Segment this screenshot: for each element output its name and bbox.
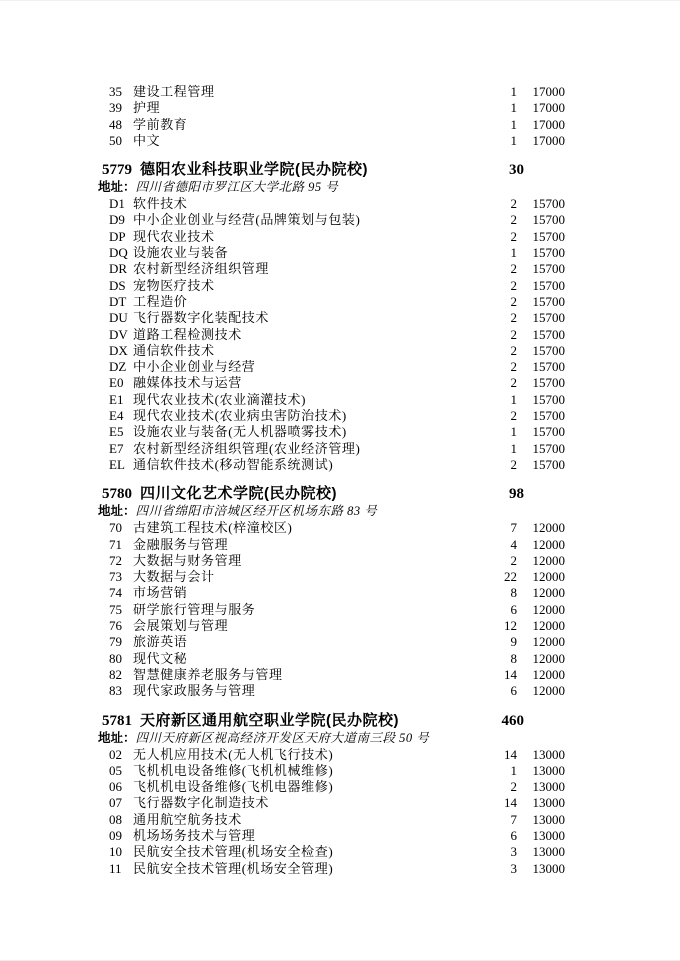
- plan-count: 2: [483, 327, 517, 343]
- plan-count: 1: [483, 245, 517, 261]
- major-code: DU: [109, 310, 133, 326]
- major-name: 软件技术: [133, 196, 483, 212]
- major-row: E5设施农业与装备(无人机器喷雾技术)115700: [109, 424, 565, 440]
- tuition-fee: 15700: [517, 245, 565, 261]
- institution-total: 460: [484, 713, 524, 730]
- tuition-fee: 12000: [517, 569, 565, 585]
- institution-code: 5780: [102, 486, 132, 503]
- tuition-fee: 15700: [517, 327, 565, 343]
- tuition-fee: 15700: [517, 343, 565, 359]
- plan-count: 7: [483, 520, 517, 536]
- institution-code: 5781: [102, 713, 132, 730]
- major-code: 48: [109, 117, 133, 133]
- major-row: 02无人机应用技术(无人机飞行技术)1413000: [109, 747, 565, 763]
- major-code: D1: [109, 196, 133, 212]
- major-code: 11: [109, 861, 133, 877]
- plan-count: 2: [483, 278, 517, 294]
- major-row: 70古建筑工程技术(梓潼校区)712000: [109, 520, 565, 536]
- major-code: 39: [109, 100, 133, 116]
- institution-name: 天府新区通用航空职业学院(民办院校): [140, 712, 484, 729]
- major-row: 35建设工程管理117000: [109, 84, 565, 100]
- major-code: 08: [109, 812, 133, 828]
- plan-count: 6: [483, 828, 517, 844]
- major-name: 旅游英语: [133, 634, 483, 650]
- tuition-fee: 12000: [517, 618, 565, 634]
- major-name: 融媒体技术与运营: [133, 375, 483, 391]
- tuition-fee: 12000: [517, 520, 565, 536]
- major-name: 现代家政服务与管理: [133, 683, 483, 699]
- plan-count: 6: [483, 683, 517, 699]
- major-code: 50: [109, 133, 133, 149]
- plan-count: 1: [483, 763, 517, 779]
- major-code: DZ: [109, 359, 133, 375]
- address-text: 四川天府新区视高经济开发区天府大道南三段 50 号: [136, 731, 430, 745]
- major-code: 71: [109, 537, 133, 553]
- institution-total: 98: [484, 486, 524, 503]
- plan-count: 2: [483, 457, 517, 473]
- institution-section: 5781天府新区通用航空职业学院(民办院校)460地址：四川天府新区视高经济开发…: [109, 712, 565, 877]
- document-page: 35建设工程管理11700039护理11700048学前教育11700050中文…: [0, 0, 680, 961]
- major-name: 中文: [133, 133, 483, 149]
- tuition-fee: 15700: [517, 457, 565, 473]
- major-row: 83现代家政服务与管理612000: [109, 683, 565, 699]
- major-code: DQ: [109, 245, 133, 261]
- major-code: 73: [109, 569, 133, 585]
- tuition-fee: 15700: [517, 212, 565, 228]
- tuition-fee: 17000: [517, 117, 565, 133]
- major-name: 通信软件技术: [133, 343, 483, 359]
- admission-plan-list: 35建设工程管理11700039护理11700048学前教育11700050中文…: [109, 84, 565, 877]
- major-name: 现代农业技术(农业滴灌技术): [133, 392, 483, 408]
- institution-code: 5779: [102, 162, 132, 179]
- major-row: 11民航安全技术管理(机场安全管理)313000: [109, 861, 565, 877]
- tuition-fee: 15700: [517, 375, 565, 391]
- major-name: 现代农业技术: [133, 229, 483, 245]
- tuition-fee: 12000: [517, 585, 565, 601]
- major-name: 飞机机电设备维修(飞机机械维修): [133, 763, 483, 779]
- major-code: DT: [109, 294, 133, 310]
- major-row: E1现代农业技术(农业滴灌技术)115700: [109, 392, 565, 408]
- address-label: 地址：: [98, 731, 136, 745]
- tuition-fee: 17000: [517, 133, 565, 149]
- major-row: 82智慧健康养老服务与管理1412000: [109, 667, 565, 683]
- major-code: 76: [109, 618, 133, 634]
- address-line: 地址：四川天府新区视高经济开发区天府大道南三段 50 号: [98, 730, 565, 747]
- major-name: 设施农业与装备(无人机器喷雾技术): [133, 424, 483, 440]
- major-row: 79旅游英语912000: [109, 634, 565, 650]
- major-name: 民航安全技术管理(机场安全检查): [133, 844, 483, 860]
- tuition-fee: 17000: [517, 84, 565, 100]
- institution-total: 30: [484, 162, 524, 179]
- plan-count: 2: [483, 261, 517, 277]
- plan-count: 3: [483, 861, 517, 877]
- institution-name: 德阳农业科技职业学院(民办院校): [140, 161, 484, 178]
- tuition-fee: 13000: [517, 861, 565, 877]
- plan-count: 2: [483, 343, 517, 359]
- major-row: 06飞机机电设备维修(飞机电器维修)213000: [109, 779, 565, 795]
- major-row: 08通用航空航务技术713000: [109, 812, 565, 828]
- plan-count: 2: [483, 553, 517, 569]
- major-code: DV: [109, 327, 133, 343]
- major-name: 会展策划与管理: [133, 618, 483, 634]
- major-code: E7: [109, 441, 133, 457]
- major-code: DR: [109, 261, 133, 277]
- major-row: DS宠物医疗技术215700: [109, 278, 565, 294]
- major-row: 76会展策划与管理1212000: [109, 618, 565, 634]
- major-name: 中小企业创业与经营(品牌策划与包装): [133, 212, 483, 228]
- major-code: E0: [109, 375, 133, 391]
- major-name: 通用航空航务技术: [133, 812, 483, 828]
- institution-header: 5780四川文化艺术学院(民办院校)98: [102, 485, 565, 503]
- major-row: DT工程造价215700: [109, 294, 565, 310]
- address-label: 地址：: [98, 180, 136, 194]
- major-row: EL通信软件技术(移动智能系统测试)215700: [109, 457, 565, 473]
- major-name: 建设工程管理: [133, 84, 483, 100]
- major-name: 通信软件技术(移动智能系统测试): [133, 457, 483, 473]
- major-row: 80现代文秘812000: [109, 651, 565, 667]
- tuition-fee: 15700: [517, 392, 565, 408]
- institution-name: 四川文化艺术学院(民办院校): [140, 485, 484, 502]
- tuition-fee: 13000: [517, 747, 565, 763]
- plan-count: 2: [483, 229, 517, 245]
- major-code: E1: [109, 392, 133, 408]
- plan-count: 1: [483, 424, 517, 440]
- plan-count: 2: [483, 196, 517, 212]
- major-row: 72大数据与财务管理212000: [109, 553, 565, 569]
- plan-count: 9: [483, 634, 517, 650]
- major-code: 02: [109, 747, 133, 763]
- major-row: D1软件技术215700: [109, 196, 565, 212]
- tuition-fee: 15700: [517, 294, 565, 310]
- major-code: 70: [109, 520, 133, 536]
- tuition-fee: 15700: [517, 359, 565, 375]
- major-name: 古建筑工程技术(梓潼校区): [133, 520, 483, 536]
- major-code: 06: [109, 779, 133, 795]
- major-code: 82: [109, 667, 133, 683]
- major-code: E5: [109, 424, 133, 440]
- tuition-fee: 15700: [517, 310, 565, 326]
- major-code: 10: [109, 844, 133, 860]
- institution-section: 5779德阳农业科技职业学院(民办院校)30地址：四川省德阳市罗江区大学北路 9…: [109, 161, 565, 473]
- address-line: 地址：四川省绵阳市涪城区经开区机场东路 83 号: [98, 503, 565, 520]
- tuition-fee: 15700: [517, 408, 565, 424]
- major-name: 机场场务技术与管理: [133, 828, 483, 844]
- tuition-fee: 15700: [517, 424, 565, 440]
- major-row: 10民航安全技术管理(机场安全检查)313000: [109, 844, 565, 860]
- plan-count: 2: [483, 779, 517, 795]
- tuition-fee: 13000: [517, 812, 565, 828]
- major-code: 80: [109, 651, 133, 667]
- major-row: D9中小企业创业与经营(品牌策划与包装)215700: [109, 212, 565, 228]
- major-row: DQ设施农业与装备115700: [109, 245, 565, 261]
- tuition-fee: 12000: [517, 634, 565, 650]
- major-name: 金融服务与管理: [133, 537, 483, 553]
- plan-count: 2: [483, 359, 517, 375]
- plan-count: 6: [483, 602, 517, 618]
- institution-header: 5779德阳农业科技职业学院(民办院校)30: [102, 161, 565, 179]
- tuition-fee: 13000: [517, 779, 565, 795]
- major-name: 民航安全技术管理(机场安全管理): [133, 861, 483, 877]
- plan-count: 2: [483, 408, 517, 424]
- tuition-fee: 17000: [517, 100, 565, 116]
- tuition-fee: 12000: [517, 667, 565, 683]
- tuition-fee: 12000: [517, 651, 565, 667]
- tuition-fee: 13000: [517, 795, 565, 811]
- tuition-fee: 15700: [517, 229, 565, 245]
- major-row: E0融媒体技术与运营215700: [109, 375, 565, 391]
- plan-count: 1: [483, 441, 517, 457]
- major-row: 48学前教育117000: [109, 117, 565, 133]
- major-code: 07: [109, 795, 133, 811]
- major-code: 09: [109, 828, 133, 844]
- major-row: DU飞行器数字化装配技术215700: [109, 310, 565, 326]
- plan-count: 1: [483, 84, 517, 100]
- major-code: 74: [109, 585, 133, 601]
- plan-count: 2: [483, 294, 517, 310]
- major-name: 学前教育: [133, 117, 483, 133]
- major-code: DS: [109, 278, 133, 294]
- plan-count: 4: [483, 537, 517, 553]
- major-code: 75: [109, 602, 133, 618]
- tuition-fee: 12000: [517, 683, 565, 699]
- major-row: 71金融服务与管理412000: [109, 537, 565, 553]
- plan-count: 12: [483, 618, 517, 634]
- major-row: 05飞机机电设备维修(飞机机械维修)113000: [109, 763, 565, 779]
- major-name: 市场营销: [133, 585, 483, 601]
- tuition-fee: 15700: [517, 196, 565, 212]
- major-row: E4现代农业技术(农业病虫害防治技术)215700: [109, 408, 565, 424]
- major-name: 大数据与会计: [133, 569, 483, 585]
- major-name: 农村新型经济组织管理: [133, 261, 483, 277]
- major-name: 飞行器数字化制造技术: [133, 795, 483, 811]
- plan-count: 7: [483, 812, 517, 828]
- address-label: 地址：: [98, 504, 136, 518]
- tuition-fee: 15700: [517, 441, 565, 457]
- major-name: 宠物医疗技术: [133, 278, 483, 294]
- major-row: 75研学旅行管理与服务612000: [109, 602, 565, 618]
- major-name: 智慧健康养老服务与管理: [133, 667, 483, 683]
- major-row: E7农村新型经济组织管理(农业经济管理)115700: [109, 441, 565, 457]
- major-name: 道路工程检测技术: [133, 327, 483, 343]
- major-code: 72: [109, 553, 133, 569]
- plan-count: 1: [483, 117, 517, 133]
- address-text: 四川省绵阳市涪城区经开区机场东路 83 号: [136, 504, 378, 518]
- plan-count: 8: [483, 651, 517, 667]
- major-code: 79: [109, 634, 133, 650]
- plan-count: 14: [483, 667, 517, 683]
- major-name: 农村新型经济组织管理(农业经济管理): [133, 441, 483, 457]
- continuation-section: 35建设工程管理11700039护理11700048学前教育11700050中文…: [109, 84, 565, 149]
- institution-section: 5780四川文化艺术学院(民办院校)98地址：四川省绵阳市涪城区经开区机场东路 …: [109, 485, 565, 699]
- tuition-fee: 15700: [517, 261, 565, 277]
- major-name: 护理: [133, 100, 483, 116]
- major-code: 05: [109, 763, 133, 779]
- major-code: E4: [109, 408, 133, 424]
- major-name: 设施农业与装备: [133, 245, 483, 261]
- major-name: 中小企业创业与经营: [133, 359, 483, 375]
- major-row: DR农村新型经济组织管理215700: [109, 261, 565, 277]
- major-name: 大数据与财务管理: [133, 553, 483, 569]
- major-row: DP现代农业技术215700: [109, 229, 565, 245]
- tuition-fee: 15700: [517, 278, 565, 294]
- plan-count: 22: [483, 569, 517, 585]
- tuition-fee: 13000: [517, 844, 565, 860]
- major-code: 83: [109, 683, 133, 699]
- major-name: 无人机应用技术(无人机飞行技术): [133, 747, 483, 763]
- plan-count: 3: [483, 844, 517, 860]
- major-name: 现代文秘: [133, 651, 483, 667]
- address-line: 地址：四川省德阳市罗江区大学北路 95 号: [98, 179, 565, 196]
- major-name: 飞机机电设备维修(飞机电器维修): [133, 779, 483, 795]
- plan-count: 14: [483, 795, 517, 811]
- major-row: DX通信软件技术215700: [109, 343, 565, 359]
- major-code: 35: [109, 84, 133, 100]
- tuition-fee: 13000: [517, 828, 565, 844]
- major-code: DP: [109, 229, 133, 245]
- plan-count: 1: [483, 100, 517, 116]
- major-row: DZ中小企业创业与经营215700: [109, 359, 565, 375]
- tuition-fee: 12000: [517, 553, 565, 569]
- major-row: 07飞行器数字化制造技术1413000: [109, 795, 565, 811]
- major-row: DV道路工程检测技术215700: [109, 327, 565, 343]
- major-name: 工程造价: [133, 294, 483, 310]
- major-name: 现代农业技术(农业病虫害防治技术): [133, 408, 483, 424]
- major-code: DX: [109, 343, 133, 359]
- major-row: 50中文117000: [109, 133, 565, 149]
- institution-header: 5781天府新区通用航空职业学院(民办院校)460: [102, 712, 565, 730]
- tuition-fee: 12000: [517, 602, 565, 618]
- major-row: 73大数据与会计2212000: [109, 569, 565, 585]
- major-name: 飞行器数字化装配技术: [133, 310, 483, 326]
- plan-count: 8: [483, 585, 517, 601]
- plan-count: 1: [483, 392, 517, 408]
- address-text: 四川省德阳市罗江区大学北路 95 号: [136, 180, 339, 194]
- major-row: 74市场营销812000: [109, 585, 565, 601]
- major-row: 09机场场务技术与管理613000: [109, 828, 565, 844]
- plan-count: 1: [483, 133, 517, 149]
- tuition-fee: 13000: [517, 763, 565, 779]
- plan-count: 14: [483, 747, 517, 763]
- plan-count: 2: [483, 375, 517, 391]
- major-row: 39护理117000: [109, 100, 565, 116]
- tuition-fee: 12000: [517, 537, 565, 553]
- major-name: 研学旅行管理与服务: [133, 602, 483, 618]
- major-code: EL: [109, 457, 133, 473]
- plan-count: 2: [483, 212, 517, 228]
- plan-count: 2: [483, 310, 517, 326]
- major-code: D9: [109, 212, 133, 228]
